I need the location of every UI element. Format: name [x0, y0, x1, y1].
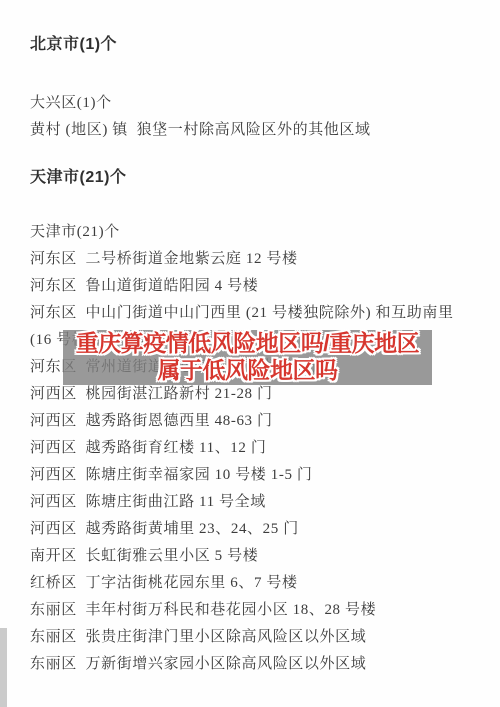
- risk-area-row: 河西区 越秀路街恩德西里 48-63 门: [30, 408, 475, 435]
- risk-area-row: 河西区 越秀路街育红楼 11、12 门: [30, 435, 475, 462]
- article-page: 北京市(1)个 大兴区(1)个 黄村 (地区) 镇 狼垡一村除高风险区外的其他区…: [0, 0, 500, 707]
- watermark-caption-line1: 重庆算疫情低风险地区吗/重庆地区: [63, 330, 432, 357]
- risk-area-row: 东丽区 丰年村街万科民和巷花园小区 18、28 号楼: [30, 597, 475, 624]
- risk-area-row: 红桥区 丁字沽街桃花园东里 6、7 号楼: [30, 570, 475, 597]
- beijing-district-header: 大兴区(1)个: [30, 90, 475, 117]
- risk-area-row: 河西区 越秀路街黄埔里 23、24、25 门: [30, 516, 475, 543]
- page-edge-strip: [0, 628, 7, 707]
- risk-area-row: 河西区 桃园街湛江路新村 21-28 门: [30, 381, 475, 408]
- risk-area-row: 东丽区 万新街增兴家园小区除高风险区以外区域: [30, 651, 475, 678]
- tianjin-subheader: 天津市(21)个: [30, 219, 475, 246]
- tianjin-city-header: 天津市(21)个: [30, 167, 475, 189]
- tianjin-section: 天津市(21)个 河东区 二号桥街道金地紫云庭 12 号楼 河东区 鲁山道街道皓…: [30, 219, 475, 678]
- watermark-caption-overlay: 重庆算疫情低风险地区吗/重庆地区 属于低风险地区吗: [63, 330, 432, 385]
- risk-area-row: 河东区 鲁山道街道皓阳园 4 号楼: [30, 273, 475, 300]
- risk-area-row: 河西区 陈塘庄街曲江路 11 号全域: [30, 489, 475, 516]
- beijing-section: 大兴区(1)个 黄村 (地区) 镇 狼垡一村除高风险区外的其他区域: [30, 90, 475, 144]
- risk-area-row: 河东区 二号桥街道金地紫云庭 12 号楼: [30, 246, 475, 273]
- risk-area-row: 南开区 长虹街雅云里小区 5 号楼: [30, 543, 475, 570]
- watermark-caption-line2: 属于低风险地区吗: [63, 357, 432, 384]
- risk-area-row: 河西区 陈塘庄街幸福家园 10 号楼 1-5 门: [30, 462, 475, 489]
- risk-area-row: 黄村 (地区) 镇 狼垡一村除高风险区外的其他区域: [30, 117, 475, 144]
- risk-area-row: 东丽区 张贵庄街津门里小区除高风险区以外区域: [30, 624, 475, 651]
- beijing-city-header: 北京市(1)个: [30, 34, 475, 56]
